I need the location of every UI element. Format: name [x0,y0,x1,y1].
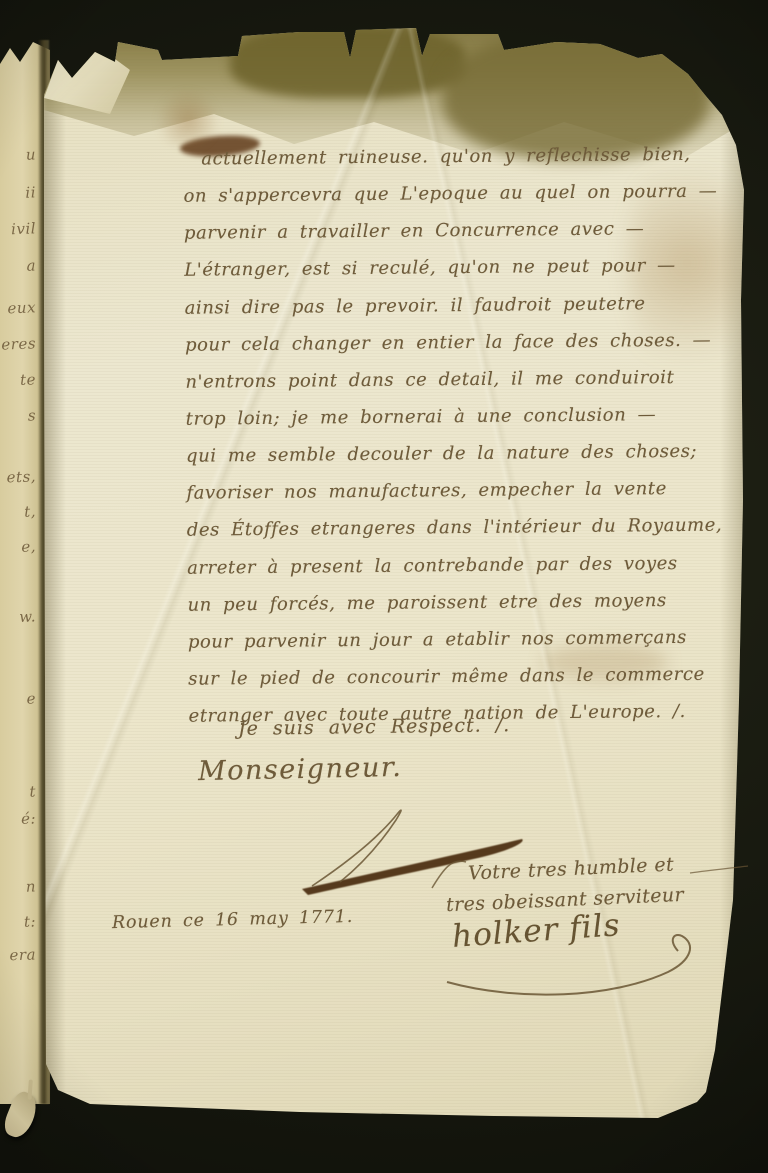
letter-line: on s'appercevra que L'epoque au quel on … [184,180,746,223]
letter-line: sur le pied de concourir même dans le co… [188,663,750,706]
letter-body-text: actuellement ruineuse. qu'on y reflechis… [183,143,751,743]
left-page-word-fragment: e, [0,537,36,556]
letter-line: pour cela changer en entier la face des … [185,329,747,372]
left-page-word-fragment: ii [0,183,36,202]
letter-line: favoriser nos manufactures, empecher la … [186,478,748,521]
respect-line: Je suis avec Respect. /. [238,714,511,740]
letter-line: pour parvenir un jour a etablir nos comm… [188,626,750,669]
left-page-word-fragment: ets, [0,467,36,486]
left-page-word-fragment: é: [0,809,36,828]
left-page-word-fragment: eux [0,298,36,317]
letter-line: des Étoffes etrangeres dans l'intérieur … [187,515,749,558]
left-page-word-fragment: t [0,782,36,801]
letter-line: n'entrons point dans ce detail, il me co… [185,366,747,409]
stain-round-faint [154,90,222,150]
stain-olive-patch [442,32,710,160]
corner-fold [44,26,130,114]
left-page-word-fragment: eres [0,334,36,353]
left-page-word-fragment: n [0,877,36,896]
letter-line: un peu forcés, me paroissent etre des mo… [187,589,749,632]
letter-line: qui me semble decouler de la nature des … [186,440,748,483]
letter-line: L'étranger, est si reculé, qu'on ne peut… [184,255,746,298]
left-page-word-fragment: s [0,406,36,425]
letter-line: parvenir a travailler en Concurrence ave… [184,218,746,261]
left-page-word-fragment: a [0,256,36,275]
left-page-word-fragment: era [0,945,36,964]
left-page-word-fragment: t, [0,502,36,521]
letter-line: trop loin; je me bornerai à une conclusi… [186,403,748,446]
left-page-word-fragment: e [0,689,36,708]
left-page-word-fragment: w. [0,607,36,626]
letter-line: ainsi dire pas le prevoir. il faudroit p… [185,292,747,335]
letter-line: arreter à present la contrebande par des… [187,552,749,595]
salutation-monseigneur: Monseigneur. [198,752,403,787]
stain-olive-patch [230,26,466,98]
left-page-word-fragment: t: [0,912,36,931]
manuscript-scan: uiiivilaeuxerestesets,t,e,w.eté:nt:era a… [0,0,768,1173]
left-page-word-fragment: u [0,145,36,164]
left-page-word-fragment: ivil [0,219,36,238]
left-page-word-fragment: te [0,370,36,389]
letter-line: actuellement ruineuse. qu'on y reflechis… [183,143,745,186]
